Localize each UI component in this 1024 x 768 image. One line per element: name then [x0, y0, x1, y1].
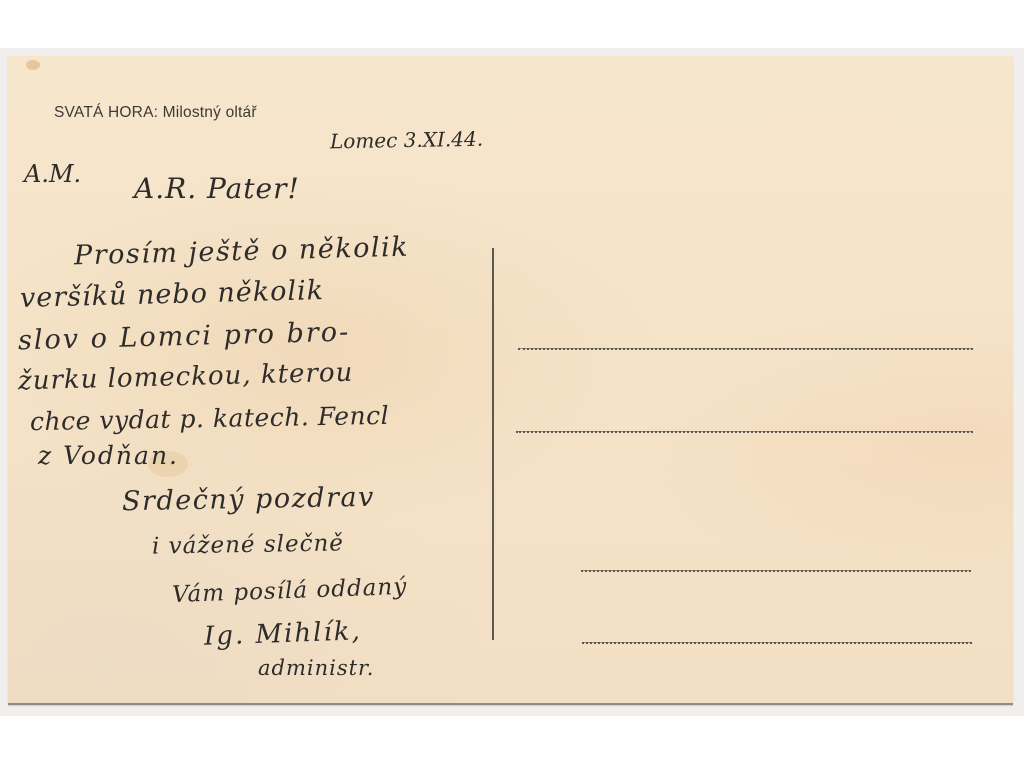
message-line: slov o Lomci pro bro- [18, 317, 351, 357]
address-line-2 [516, 431, 973, 433]
postcard: SVATÁ HORA: Milostný oltář Lomec 3.XI.44… [8, 56, 1013, 705]
address-line-1 [518, 348, 973, 350]
message-line: veršíků nebo několik [20, 275, 325, 314]
address-line-3 [581, 570, 971, 572]
closing-line: i vážené slečně [152, 530, 344, 559]
printed-title: SVATÁ HORA: Milostný oltář [54, 104, 257, 122]
scan-background: SVATÁ HORA: Milostný oltář Lomec 3.XI.44… [0, 0, 1024, 768]
signature: Ig. Mihlík, [204, 616, 363, 651]
place-date: Lomec 3.XI.44. [330, 127, 483, 154]
salutation: A.R. Pater! [134, 172, 300, 205]
message-line: žurku lomeckou, kterou [18, 358, 354, 397]
closing-line: Vám posílá oddaný [172, 574, 408, 608]
address-line-4 [582, 642, 972, 644]
signature-title: administr. [258, 656, 374, 680]
closing-line: Srdečný pozdrav [122, 482, 375, 517]
salutation-abbrev: A.M. [24, 160, 81, 188]
message-address-divider [492, 248, 494, 640]
message-line: Prosím ještě o několik [74, 232, 410, 272]
message-line: chce vydat p. katech. Fencl [30, 401, 390, 436]
foxing-stain [26, 60, 40, 70]
message-line: z Vodňan. [38, 441, 179, 470]
